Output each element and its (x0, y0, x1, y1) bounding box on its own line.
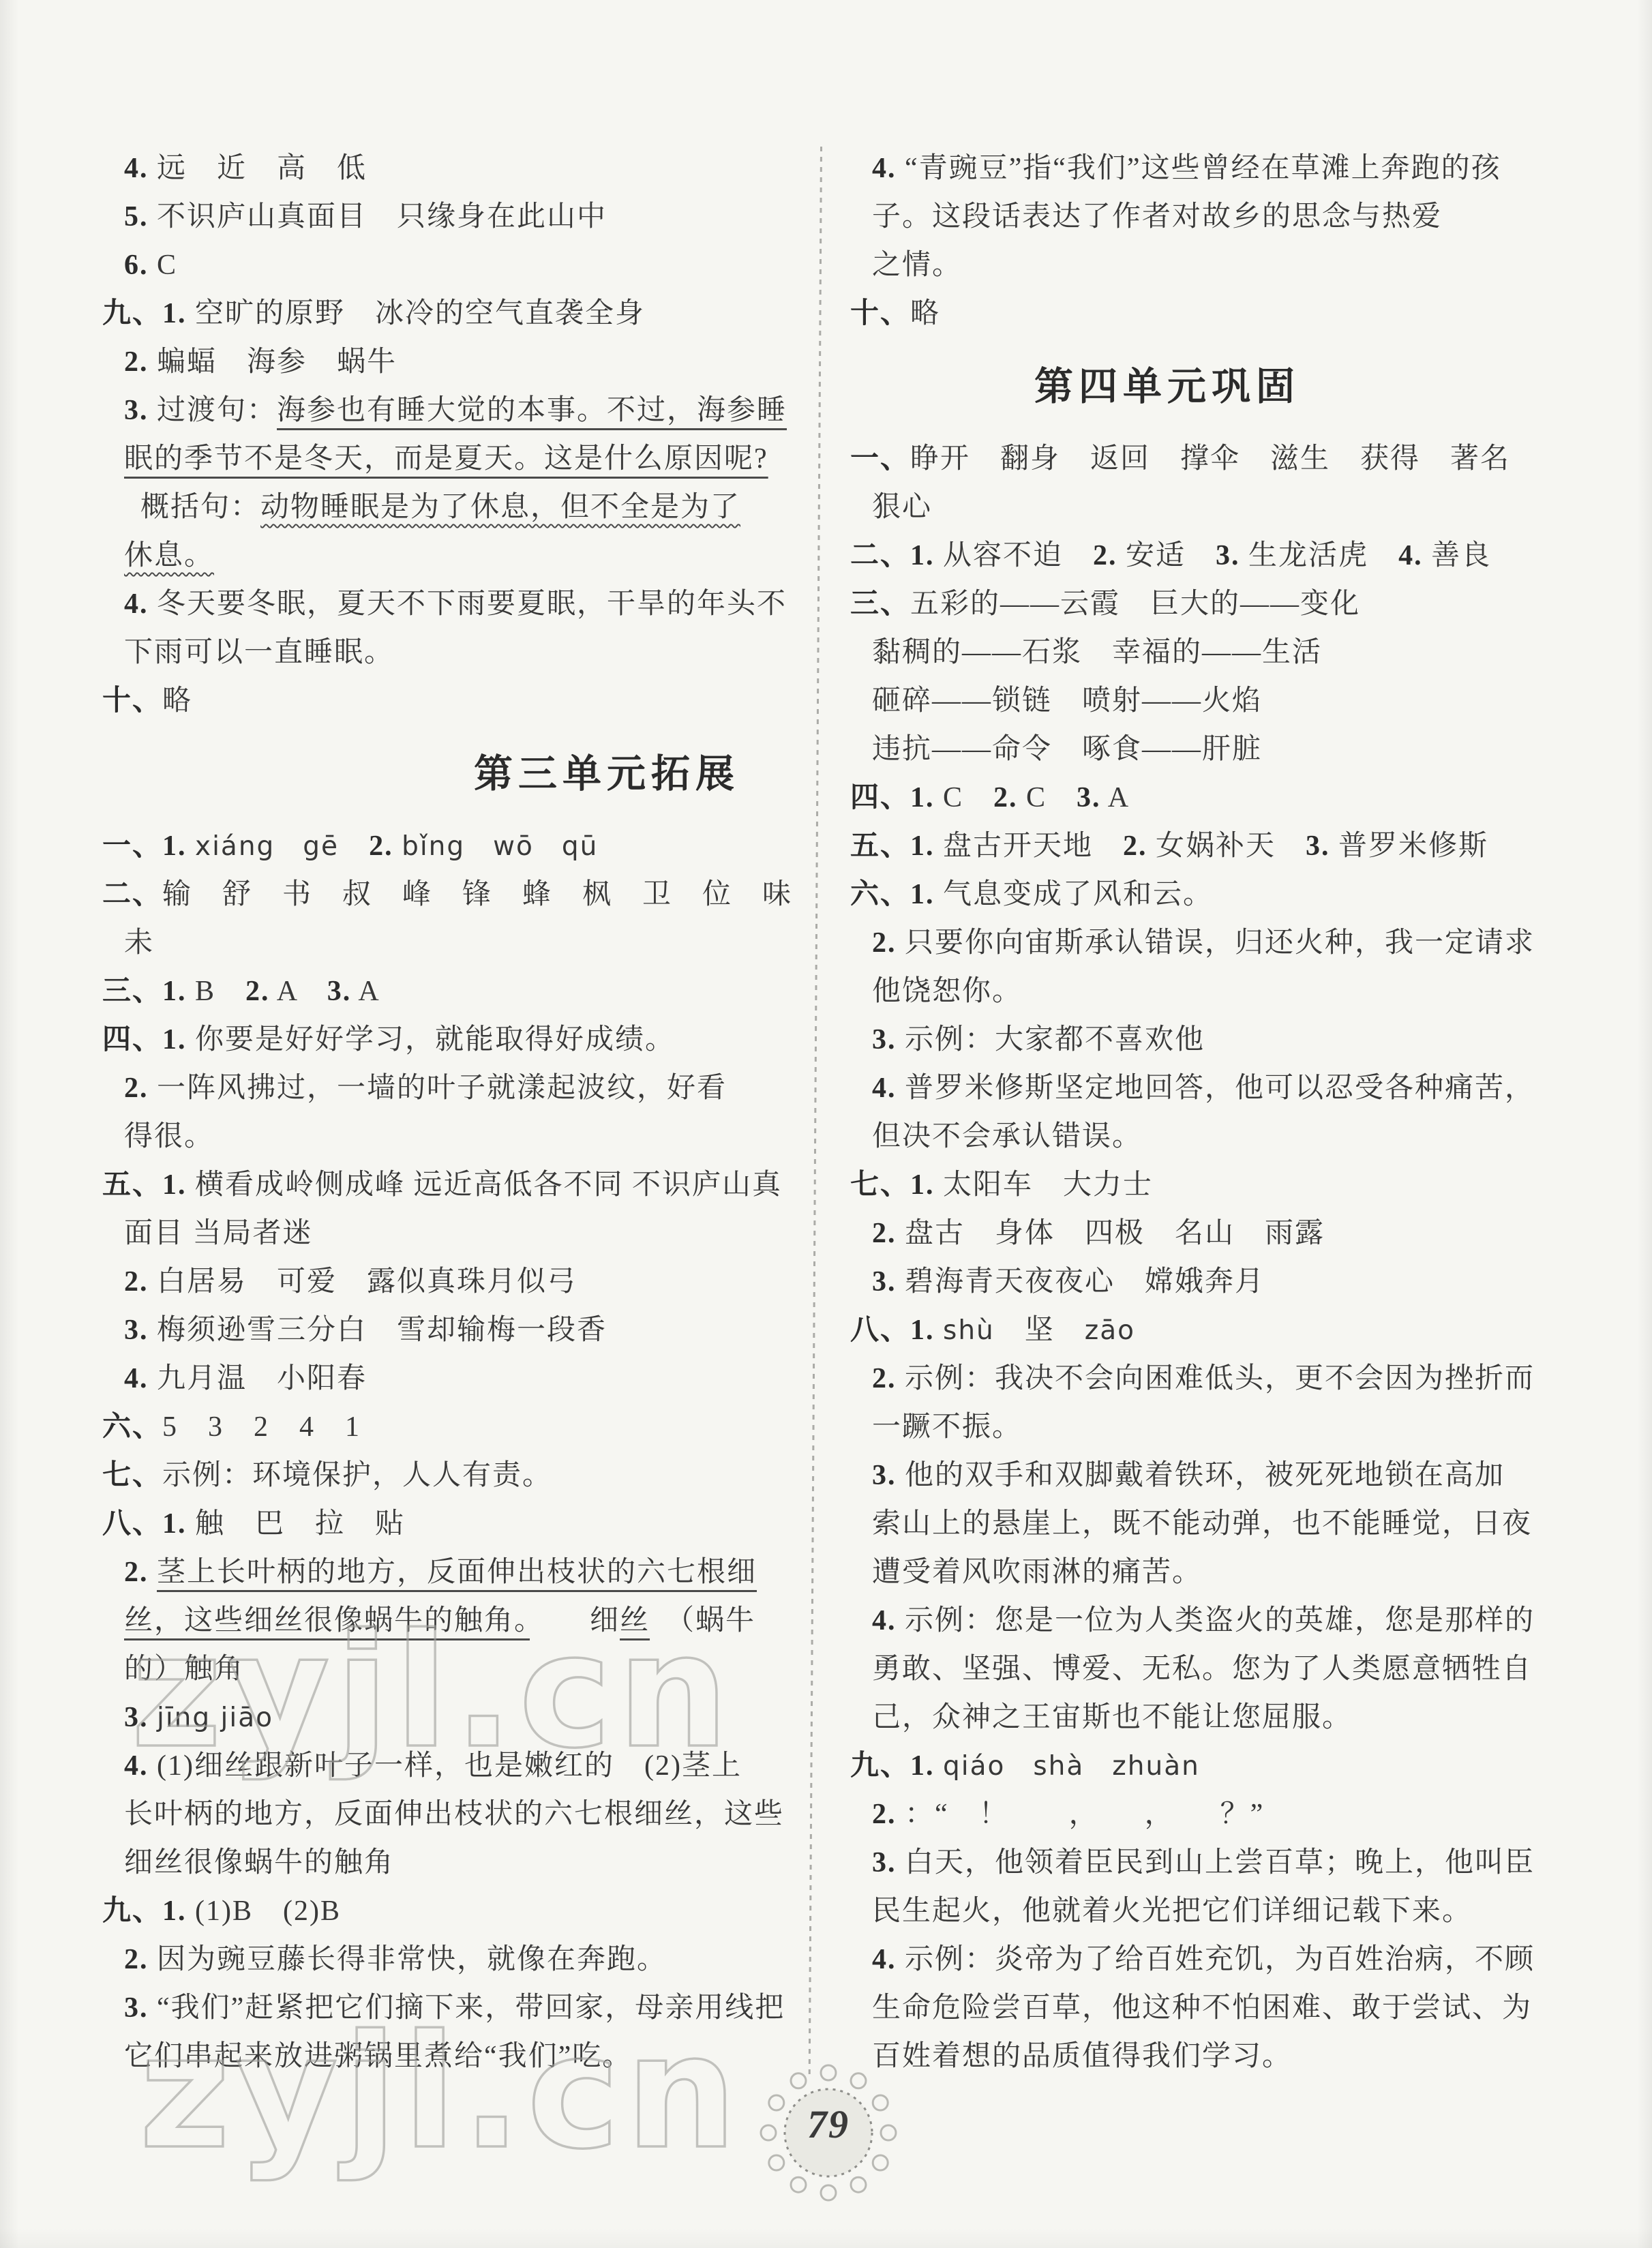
answer-text: 2. (124, 1266, 149, 1298)
answer-text: 生龙活虎 (1240, 540, 1399, 571)
answer-line: 之情。 (850, 241, 1621, 290)
answer-text: 子。这段话表达了作者对故乡的思念与热爱 (872, 201, 1442, 233)
answer-text: 违抗——命令 啄食——肝脏 (872, 734, 1262, 765)
answer-text: jīng jiāo (157, 1703, 273, 1733)
left-column: 4. 远 近 高 低5. 不识庐山真面目 只缘身在此山中6. C九、1. 空旷的… (102, 145, 815, 2081)
answer-text: 七、 (102, 1460, 162, 1491)
answer-text: 3. (327, 976, 352, 1007)
answer-text: 气息变成了风和云。 (935, 879, 1214, 910)
answer-text: C (149, 250, 178, 281)
answer-text: 3. (1077, 782, 1101, 813)
answer-text: 略 (910, 298, 940, 329)
answer-text: 狠心 (872, 492, 932, 523)
answer-line: 但决不会承认错误。 (850, 1113, 1621, 1161)
answer-text: 不识庐山真面目 只缘身在此山中 (149, 201, 607, 233)
answer-line: 勇敢、坚强、博爱、无私。您为了人类愿意牺牲自 (850, 1645, 1621, 1694)
answer-text: 远 近 高 低 (149, 153, 367, 184)
answer-line: 违抗——命令 啄食——肝脏 (850, 725, 1621, 774)
answer-text: 细 (530, 1605, 620, 1636)
answer-text: 九月温 小阳春 (149, 1363, 367, 1394)
answer-text: 长叶柄的地方，反面伸出枝状的六七根细丝，这些 (124, 1799, 784, 1830)
answer-line: 2. ：“ ！ ， ， ？” (850, 1790, 1621, 1839)
answer-line: 休息。 (102, 532, 815, 580)
answer-line: 4. 冬天要冬眠，夏天不下雨要夏眠，干旱的年头不 (102, 580, 815, 629)
answer-line: 遭受着风吹雨淋的痛苦。 (850, 1548, 1621, 1597)
answer-line: 2. 因为豌豆藤长得非常快，就像在奔跑。 (102, 1936, 815, 1984)
answer-line: 下雨可以一直睡眠。 (102, 629, 815, 677)
answer-text: 2. (124, 346, 149, 378)
answer-line: 6. C (102, 241, 815, 290)
answer-text: 从容不迫 (935, 540, 1094, 571)
answer-text: 3. (124, 1315, 149, 1346)
answer-text: 生命危险尝百草，他这种不怕困难、敢于尝试、为 (872, 1992, 1532, 2024)
answer-line: 眠的季节不是冬天，而是夏天。这是什么原因呢? (102, 435, 815, 483)
answer-line: 子。这段话表达了作者对故乡的思念与热爱 (850, 193, 1621, 241)
answer-text (393, 830, 402, 862)
answer-text: 普罗米修斯坚定地回答，他可以忍受各种痛苦， (897, 1073, 1535, 1104)
answer-line: 5. 不识庐山真面目 只缘身在此山中 (102, 193, 815, 241)
answer-line: 3. 梅须逊雪三分白 雪却输梅一段香 (102, 1306, 815, 1355)
answer-text: 但决不会承认错误。 (872, 1121, 1142, 1152)
answer-line: 八、1. 触 巴 拉 贴 (102, 1500, 815, 1548)
answer-text: 5 3 2 4 1 (162, 1411, 361, 1443)
answer-text: 白居易 可爱 露似真珠月似弓 (149, 1266, 577, 1298)
answer-line: 五、1. 横看成岭侧成峰 远近高低各不同 不识庐山真 (102, 1161, 815, 1210)
answer-text: 2. (872, 927, 897, 959)
answer-text: 示例：炎帝为了给百姓充饥，为百姓治病，不顾 (897, 1944, 1535, 1975)
answer-text (149, 1557, 157, 1588)
answer-line: 3. 过渡句：海参也有睡大觉的本事。不过，海参睡 (102, 387, 815, 435)
answer-line: 三、五彩的——云霞 巨大的——变化 (850, 580, 1621, 629)
answer-text: 3. (1216, 540, 1240, 571)
answer-line: 细丝很像蜗牛的触角 (102, 1839, 815, 1887)
answer-text: 休息。 (124, 540, 214, 571)
answer-text (935, 1315, 944, 1346)
workbook-answer-page: 4. 远 近 高 低5. 不识庐山真面目 只缘身在此山中6. C九、1. 空旷的… (0, 0, 1652, 2248)
answer-line: 二、输 舒 书 叔 峰 锋 蜂 枫 卫 位 味 (102, 871, 815, 919)
answer-text: 未 (124, 927, 154, 959)
answer-text: 坚 (995, 1315, 1085, 1346)
answer-text: 白天，他领着臣民到山上尝百草；晚上，他叫臣 (897, 1847, 1535, 1878)
answer-text: 砸碎——锁链 喷射——火焰 (872, 685, 1262, 717)
answer-line: 4. “青豌豆”指“我们”这些曾经在草滩上奔跑的孩 (850, 145, 1621, 193)
answer-line: 3. “我们”赶紧把它们摘下来，带回家，母亲用线把 (102, 1984, 815, 2033)
answer-text: 触 巴 拉 贴 (187, 1508, 406, 1540)
answer-text: 一、 (850, 443, 910, 475)
answer-line: 八、1. shù 坚 zāo (850, 1306, 1621, 1355)
answer-line: 砸碎——锁链 喷射——火焰 (850, 677, 1621, 725)
answer-text: 示例：我决不会向困难低头，更不会因为挫折而 (897, 1363, 1535, 1394)
answer-line: 二、1. 从容不迫 2. 安适 3. 生龙活虎 4. 善良 (850, 532, 1621, 580)
answer-line: 九、1. 空旷的原野 冰冷的空气直袭全身 (102, 290, 815, 338)
answer-text: 己，众神之王宙斯也不能让您屈服。 (872, 1702, 1352, 1733)
answer-line: 五、1. 盘古开天地 2. 女娲补天 3. 普罗米修斯 (850, 822, 1621, 871)
answer-text: 空旷的原野 冰冷的空气直袭全身 (187, 298, 646, 329)
answer-text: 普罗米修斯 (1330, 830, 1489, 862)
answer-line: 九、1. (1)B (2)B (102, 1887, 815, 1936)
answer-text: 二、1. (850, 540, 935, 571)
answer-text: 海参也有睡大觉的本事。不过，海参睡 (277, 395, 787, 426)
answer-text: 3. (124, 395, 149, 426)
answer-text: 5. (124, 201, 149, 233)
answer-text: 善良 (1423, 540, 1492, 571)
answer-text: zāo (1085, 1315, 1135, 1346)
answer-line: 3. jīng jiāo (102, 1694, 815, 1742)
answer-line: 他饶恕你。 (850, 968, 1621, 1016)
answer-text: qiáo shà zhuàn (943, 1751, 1200, 1782)
answer-text: 冬天要冬眠，夏天不下雨要夏眠，干旱的年头不 (149, 588, 787, 620)
answer-text: 三、 (850, 588, 910, 620)
answer-line: 己，众神之王宙斯也不能让您屈服。 (850, 1694, 1621, 1742)
answer-text: 索山上的悬崖上，既不能动弹，也不能睡觉，日夜 (872, 1508, 1532, 1540)
answer-text: A (351, 976, 380, 1007)
answer-text: 五、1. (850, 830, 935, 862)
answer-line: 4. 远 近 高 低 (102, 145, 815, 193)
answer-text: 4. (872, 1605, 897, 1636)
answer-text: 示例：大家都不喜欢他 (897, 1024, 1205, 1055)
answer-text: xiáng gē (195, 831, 339, 862)
answer-line: 三、1. B 2. A 3. A (102, 968, 815, 1016)
answer-text: 四、1. (102, 1024, 187, 1055)
answer-line: 面目 当局者迷 (102, 1210, 815, 1258)
answer-text: （蜗牛 (650, 1605, 755, 1636)
answer-text: 3. (1306, 830, 1330, 862)
answer-text: 十、 (850, 298, 910, 329)
answer-text: 盘古 身体 四极 名山 雨露 (897, 1218, 1325, 1249)
answer-line: 一、睁开 翻身 返回 撑伞 滋生 获得 著名 (850, 435, 1621, 483)
answer-line: 四、1. 你要是好好学习，就能取得好成绩。 (102, 1016, 815, 1064)
answer-text: 勇敢、坚强、博爱、无私。您为了人类愿意牺牲自 (872, 1653, 1532, 1685)
answer-text: 横看成岭侧成峰 远近高低各不同 不识庐山真 (187, 1169, 783, 1201)
answer-text: 睁开 翻身 返回 撑伞 滋生 获得 著名 (910, 443, 1510, 475)
answer-line: 长叶柄的地方，反面伸出枝状的六七根细丝，这些 (102, 1790, 815, 1839)
section-heading: 第四单元巩固 (1034, 338, 1300, 435)
answer-line: 生命危险尝百草，他这种不怕困难、敢于尝试、为 (850, 1984, 1621, 2033)
answer-text: 五彩的——云霞 巨大的——变化 (910, 588, 1360, 620)
answer-text: A (270, 976, 327, 1007)
answer-text: 2. (872, 1218, 897, 1249)
answer-text: C (1018, 782, 1077, 813)
answer-text: 黏稠的——石浆 幸福的——生活 (872, 637, 1322, 668)
answer-text: (1)B (2)B (187, 1895, 341, 1927)
answer-text: 2. (1093, 540, 1117, 571)
answer-line: 4. 示例：炎帝为了给百姓充饥，为百姓治病，不顾 (850, 1936, 1621, 1984)
answer-line: 十、略 (102, 677, 815, 725)
answer-text: 丝，这些细丝很像蜗牛的触角。 (124, 1605, 530, 1636)
answer-text: 4. (872, 1944, 897, 1975)
answer-text: 盘古开天地 (935, 830, 1124, 862)
answer-text: 3. (124, 1992, 149, 2024)
answer-line: 4. 普罗米修斯坚定地回答，他可以忍受各种痛苦， (850, 1064, 1621, 1113)
answer-line: 百姓着想的品质值得我们学习。 (850, 2033, 1621, 2081)
answer-text: 八、1. (102, 1508, 187, 1540)
answer-text: 因为豌豆藤长得非常快，就像在奔跑。 (149, 1944, 667, 1975)
answer-text: “我们”赶紧把它们摘下来，带回家，母亲用线把 (149, 1992, 785, 2024)
answer-text: 下雨可以一直睡眠。 (124, 637, 394, 668)
answer-text: 三、1. (102, 976, 187, 1007)
answer-text: ：“ ！ ， ， ？” (897, 1799, 1265, 1830)
answer-text: 4. (124, 153, 149, 184)
answer-text: 五、1. (102, 1169, 187, 1201)
answer-text: 4. (872, 1073, 897, 1104)
answer-text: 输 舒 书 叔 峰 锋 蜂 枫 卫 位 味 (162, 879, 792, 910)
answer-text: C (935, 782, 994, 813)
answer-text: 之情。 (872, 250, 962, 281)
answer-text: 4. (124, 588, 149, 620)
answer-text: 一蹶不振。 (872, 1411, 1022, 1443)
answer-text: 民生起火，他就着火光把它们详细记载下来。 (872, 1895, 1472, 1927)
answer-line: 概括句：动物睡眠是为了休息，但不全是为了 (102, 483, 815, 532)
right-column: 4. “青豌豆”指“我们”这些曾经在草滩上奔跑的孩子。这段话表达了作者对故乡的思… (850, 145, 1621, 2081)
answer-line: 4. (1)细丝跟新叶子一样，也是嫩红的 (2)茎上 (102, 1742, 815, 1790)
answer-text: 一阵风拂过，一墙的叶子就漾起波纹，好看 (149, 1073, 727, 1104)
section-heading: 第三单元拓展 (474, 725, 740, 822)
answer-text: 2. (124, 1073, 149, 1104)
answer-line: 十、略 (850, 290, 1621, 338)
answer-line: 狠心 (850, 483, 1621, 532)
answer-text: 2. (245, 976, 270, 1007)
answer-line: 得很。 (102, 1113, 815, 1161)
answer-text: 丝 (620, 1605, 650, 1636)
answer-text: 2. (872, 1363, 897, 1394)
answer-line: 4. 九月温 小阳春 (102, 1355, 815, 1403)
answer-line: 2. 盘古 身体 四极 名山 雨露 (850, 1210, 1621, 1258)
answer-line: 九、1. qiáo shà zhuàn (850, 1742, 1621, 1790)
answer-text: 得很。 (124, 1121, 214, 1152)
answer-line: 六、1. 气息变成了风和云。 (850, 871, 1621, 919)
answer-text: 2. (124, 1557, 149, 1588)
answer-text (339, 830, 369, 862)
answer-line: 黏稠的——石浆 幸福的——生活 (850, 629, 1621, 677)
answer-text: 4. (124, 1750, 149, 1782)
answer-text: A (1101, 782, 1130, 813)
answer-line: 一、1. xiáng gē 2. bǐng wō qū (102, 822, 815, 871)
answer-text: 九、1. (102, 1895, 187, 1927)
answer-text: 蝙蝠 海参 蜗牛 (149, 346, 397, 378)
answer-text: 2. (993, 782, 1018, 813)
answer-text: 茎上长叶柄的地方，反面伸出枝状的六七根细 (157, 1557, 757, 1588)
answer-line: 未 (102, 919, 815, 968)
answer-text: 四、1. (850, 782, 935, 813)
answer-text: 遭受着风吹雨淋的痛苦。 (872, 1557, 1202, 1588)
answer-text: 2. (872, 1799, 897, 1830)
answer-line: 它们串起来放进粥锅里煮给“我们”吃。 (102, 2033, 815, 2081)
answer-text: 它们串起来放进粥锅里煮给“我们”吃。 (124, 2041, 632, 2072)
answer-line: 3. 示例：大家都不喜欢他 (850, 1016, 1621, 1064)
answer-text (187, 830, 196, 862)
answer-text: 梅须逊雪三分白 雪却输梅一段香 (149, 1315, 607, 1346)
answer-text: 4. (872, 153, 897, 184)
answer-text: 女娲补天 (1147, 830, 1306, 862)
answer-line: 2. 只要你向宙斯承认错误，归还火种，我一定请求 (850, 919, 1621, 968)
answer-text: bǐng wō qū (402, 831, 598, 862)
answer-line: 4. 示例：您是一位为人类盗火的英雄，您是那样的 (850, 1597, 1621, 1645)
answer-line: 索山上的悬崖上，既不能动弹，也不能睡觉，日夜 (850, 1500, 1621, 1548)
answer-text: 碧海青天夜夜心 嫦娥奔月 (897, 1266, 1265, 1298)
answer-line: 七、示例：环境保护，人人有责。 (102, 1452, 815, 1500)
answer-text: 2. (124, 1944, 149, 1975)
answer-text: 八、1. (850, 1315, 935, 1346)
answer-text: 动物睡眠是为了休息，但不全是为了 (260, 492, 740, 523)
answer-text: (1)细丝跟新叶子一样，也是嫩红的 (2)茎上 (149, 1750, 742, 1782)
answer-line: 3. 白天，他领着臣民到山上尝百草；晚上，他叫臣 (850, 1839, 1621, 1887)
answer-text: 4. (1398, 540, 1423, 571)
answer-line: 2. 示例：我决不会向困难低头，更不会因为挫折而 (850, 1355, 1621, 1403)
answer-line: 民生起火，他就着火光把它们详细记载下来。 (850, 1887, 1621, 1936)
answer-text: 的）触角 (124, 1653, 244, 1685)
answer-line: 七、1. 太阳车 大力士 (850, 1161, 1621, 1210)
answer-text: 2. (369, 830, 393, 862)
answer-text: 3. (872, 1024, 897, 1055)
answer-text: 3. (872, 1460, 897, 1491)
answer-text: 七、1. (850, 1169, 935, 1201)
answer-line: 一蹶不振。 (850, 1403, 1621, 1452)
answer-text: 示例：您是一位为人类盗火的英雄，您是那样的 (897, 1605, 1535, 1636)
page-number: 79 (759, 2101, 898, 2147)
answer-text: 面目 当局者迷 (124, 1218, 313, 1249)
answer-text: 3. (872, 1847, 897, 1878)
answer-text: 示例：环境保护，人人有责。 (162, 1460, 552, 1491)
answer-text: 六、 (102, 1411, 162, 1443)
answer-text: 你要是好好学习，就能取得好成绩。 (187, 1024, 676, 1055)
answer-text (935, 1750, 944, 1782)
answer-text: 太阳车 大力士 (935, 1169, 1154, 1201)
answer-text: 眠的季节不是冬天，而是夏天。这是什么原因呢? (124, 443, 768, 475)
answer-line: 2. 蝙蝠 海参 蜗牛 (102, 338, 815, 387)
answer-text (149, 1702, 157, 1733)
answer-text: 他饶恕你。 (872, 976, 1022, 1007)
answer-text: 6. (124, 250, 149, 281)
answer-line: 六、5 3 2 4 1 (102, 1403, 815, 1452)
answer-text: 十、 (102, 685, 162, 717)
answer-line: 2. 白居易 可爱 露似真珠月似弓 (102, 1258, 815, 1306)
answer-text: 细丝很像蜗牛的触角 (124, 1847, 394, 1878)
page-number-badge: 79 (759, 2063, 898, 2202)
answer-text: 略 (162, 685, 192, 717)
answer-text: B (187, 976, 246, 1007)
answer-text: 概括句： (140, 492, 260, 523)
answer-text: 二、 (102, 879, 162, 910)
answer-text: 4. (124, 1363, 149, 1394)
answer-text: 安适 (1117, 540, 1216, 571)
answer-text: 他的双手和双脚戴着铁环，被死死地锁在高加 (897, 1460, 1505, 1491)
answer-line: 3. 碧海青天夜夜心 嫦娥奔月 (850, 1258, 1621, 1306)
answer-text: 过渡句： (149, 395, 277, 426)
answer-text: 只要你向宙斯承认错误，归还火种，我一定请求 (897, 927, 1535, 959)
answer-line: 2. 茎上长叶柄的地方，反面伸出枝状的六七根细 (102, 1548, 815, 1597)
answer-text: 3. (124, 1702, 149, 1733)
answer-text: 3. (872, 1266, 897, 1298)
answer-line: 的）触角 (102, 1645, 815, 1694)
answer-text: 百姓着想的品质值得我们学习。 (872, 2041, 1292, 2072)
answer-line: 四、1. C 2. C 3. A (850, 774, 1621, 822)
answer-text: shù (943, 1315, 995, 1346)
answer-text: 六、1. (850, 879, 935, 910)
answer-text: 九、1. (850, 1750, 935, 1782)
answer-text: 九、1. (102, 298, 187, 329)
answer-line: 2. 一阵风拂过，一墙的叶子就漾起波纹，好看 (102, 1064, 815, 1113)
answer-text: 2. (1123, 830, 1147, 862)
answer-text: “青豌豆”指“我们”这些曾经在草滩上奔跑的孩 (897, 153, 1501, 184)
answer-line: 3. 他的双手和双脚戴着铁环，被死死地锁在高加 (850, 1452, 1621, 1500)
answer-line: 丝，这些细丝很像蜗牛的触角。 细丝 （蜗牛 (102, 1597, 815, 1645)
answer-text: 一、1. (102, 830, 187, 862)
